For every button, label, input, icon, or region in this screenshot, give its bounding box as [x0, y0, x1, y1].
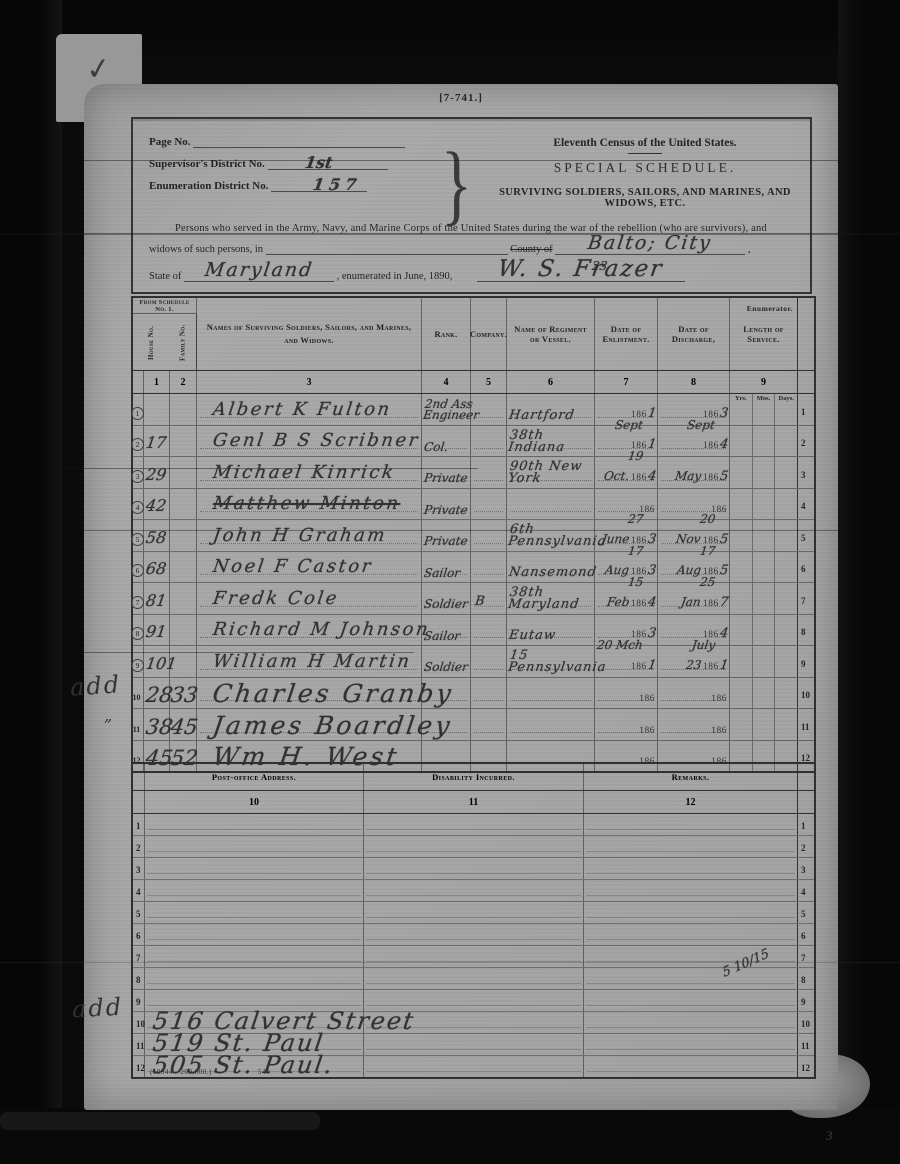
row-number-right-cell: 7: [797, 583, 814, 614]
row-number-right: 4: [801, 501, 806, 511]
rank-value: Private: [423, 536, 477, 547]
regiment-cell: 38th Maryland: [506, 583, 594, 614]
enlistment-year-digit: 1: [647, 437, 657, 452]
row-number-cell: 2: [133, 426, 143, 457]
table2-body: 1 1 2 2 3: [133, 814, 814, 1077]
service-days: [774, 615, 797, 646]
discharge-month: Jan: [680, 595, 702, 609]
county-of-label: County of: [510, 244, 552, 255]
service-years: [730, 426, 752, 457]
row-number-cell: 6: [133, 552, 143, 583]
family-no-cell: 52: [169, 741, 196, 772]
row-number-right-cell: 11: [797, 709, 814, 740]
enlistment-cell: 186: [594, 489, 657, 520]
service-months: [752, 457, 775, 488]
table-row: 11 38 45 James Boardley 186 186: [133, 708, 814, 740]
service-months: [752, 583, 775, 614]
row-number: 7: [131, 596, 144, 609]
regiment-cell: [506, 489, 594, 520]
table-row: 12 505 St. Paul. 12: [133, 1055, 814, 1077]
row-number-right-cell: 7: [797, 946, 814, 967]
state-value: Maryland: [203, 259, 314, 281]
family-no-cell: 45: [169, 709, 196, 740]
family-no-cell: [169, 489, 196, 520]
service-cell: [729, 426, 797, 457]
row-number: 1: [131, 407, 144, 420]
margin-ditto-mark: „: [104, 706, 112, 725]
disability-cell: [363, 880, 583, 901]
soldier-name: Richard M Johnson: [212, 619, 432, 640]
family-no-cell: [169, 426, 196, 457]
table-row: 2 2: [133, 835, 814, 857]
remarks-cell: 5 10/15: [583, 946, 797, 967]
rank-value: Col.: [423, 442, 477, 453]
house-no-cell: 29: [143, 457, 169, 488]
address-cell: [144, 902, 363, 923]
from-schedule-cell: From Schedule No. 1. House No. Family No…: [133, 298, 196, 370]
discharge-year-digit: 4: [719, 626, 729, 641]
discharge-year-digit: 3: [719, 406, 729, 421]
soldier-name: Genl B S Scribner: [212, 430, 422, 451]
row-number-right-cell: 5: [797, 902, 814, 923]
remarks-cell: [583, 880, 797, 901]
census-titles: Eleventh Census of the United States. SP…: [485, 137, 805, 209]
service-months: [752, 520, 775, 551]
enlistment-cell: 186: [594, 678, 657, 709]
table-row: 6 6: [133, 923, 814, 945]
regiment-cell: 6th Pennsylvania: [506, 520, 594, 551]
house-no-cell: 91: [143, 615, 169, 646]
num-cell-5: 5: [470, 371, 506, 393]
row-number-cell: 8: [133, 615, 143, 646]
family-no-cell: [169, 394, 196, 425]
house-no-cell: [143, 394, 169, 425]
num-cell-2: 2: [169, 371, 196, 393]
discharge-month: Nov: [675, 532, 701, 546]
family-no-cell: [169, 552, 196, 583]
discharge-cell: 186: [657, 489, 729, 520]
rank-cell: Sailor: [421, 552, 470, 583]
row-number: 7: [136, 953, 141, 963]
row-number-cell: 9: [133, 646, 143, 677]
row-number-right: 2: [801, 843, 806, 853]
service-cell: [729, 583, 797, 614]
disability-cell: [363, 924, 583, 945]
house-no: 29: [145, 465, 168, 484]
row-number-right-cell: 8: [797, 615, 814, 646]
row-number-cell: 7: [133, 946, 144, 967]
row-number-right: 12: [801, 1063, 810, 1073]
row-number: 8: [131, 627, 144, 640]
service-years: [730, 520, 752, 551]
address-cell: [144, 968, 363, 989]
special-schedule-title: SPECIAL SCHEDULE.: [485, 160, 805, 176]
num-cell: [133, 791, 144, 813]
soldier-name: Wm H. West: [211, 742, 401, 771]
discharge-year-digit: 5: [719, 469, 729, 484]
supervisor-district-label: Supervisor's District No.: [149, 158, 265, 170]
row-number: 10: [131, 692, 142, 703]
table-row: 10 28 33 Charles Granby 186 186: [133, 677, 814, 709]
num-cell-6: 6: [506, 371, 594, 393]
company-cell: B: [470, 583, 506, 614]
printed-year-prefix: 186: [631, 599, 647, 609]
num-cell: [133, 371, 143, 393]
service-days: [774, 646, 797, 677]
regiment-value: 90th New York: [507, 461, 606, 484]
enlistment-year-digit: 1: [647, 406, 657, 421]
num-cell-7: 7: [594, 371, 657, 393]
service-cell: Yrs.Mos.Days.: [729, 394, 797, 425]
discharge-day: July: [691, 638, 716, 652]
family-no-cell: [169, 583, 196, 614]
row-number: 3: [131, 470, 144, 483]
house-no-cell: 81: [143, 583, 169, 614]
row-number-right-cell: 6: [797, 552, 814, 583]
soldier-name: Albert K Fulton: [212, 399, 394, 420]
house-no: 101: [145, 654, 178, 673]
county-value: Balto; City: [587, 232, 714, 254]
service-years: Yrs.: [730, 394, 752, 425]
service-days: [774, 426, 797, 457]
disability-cell: [363, 814, 583, 835]
row-number-right-cell: 4: [797, 880, 814, 901]
row-number-right: 11: [801, 1041, 810, 1051]
form-header-box: Page No. Supervisor's District No. 1st E…: [131, 117, 812, 294]
table-row: 3 29 Michael Kinrick Private 90th New Yo…: [133, 456, 814, 488]
house-no: 91: [145, 622, 168, 641]
service-days: [774, 552, 797, 583]
rank-cell: Soldier: [421, 583, 470, 614]
discharge-day: 17: [699, 544, 716, 558]
remarks-cell: [583, 1034, 797, 1055]
row-number: 6: [131, 564, 144, 577]
row-number: 8: [136, 975, 141, 985]
scanned-census-schedule: { "film": { "checkmark": "✓", "corner_ma…: [0, 0, 900, 1164]
row-number-right: 3: [801, 865, 806, 875]
service-cell: [729, 646, 797, 677]
discharge-cell: 20 Nov1865: [657, 520, 729, 551]
row-number-header: [797, 298, 814, 370]
service-years: [730, 583, 752, 614]
row-number-header-cell-right: [797, 764, 814, 790]
name-cell: Richard M Johnson: [196, 615, 421, 646]
row-number-cell: 12: [133, 1056, 144, 1077]
printed-year-prefix: 186: [631, 662, 647, 672]
rank-value: Private: [423, 505, 477, 516]
widows-label: widows of such persons, in: [149, 244, 263, 255]
regiment-cell: 15 Pennsylvania: [506, 646, 594, 677]
soldier-name: Charles Granby: [211, 679, 456, 708]
family-no-header: Family No.: [169, 314, 197, 371]
table1-header: From Schedule No. 1. House No. Family No…: [133, 298, 814, 370]
regiment-value: Eutaw: [508, 630, 606, 642]
service-days: [774, 678, 797, 709]
soldier-name: James Boardley: [211, 711, 454, 740]
row-number-cell: 7: [133, 583, 143, 614]
remarks-cell: [583, 1012, 797, 1033]
printed-year-prefix: 186: [639, 726, 655, 736]
table2-number-row: 10 11 12: [133, 790, 814, 814]
regiment-header: Name of Regiment or Vessel.: [506, 298, 594, 370]
house-no-cell: 68: [143, 552, 169, 583]
enlistment-month: Feb: [606, 595, 630, 609]
discharge-year-digit: 1: [719, 658, 729, 673]
service-cell: [729, 457, 797, 488]
service-years: [730, 646, 752, 677]
soldier-name: Matthew Minton: [212, 493, 402, 514]
row-number-right-cell: 4: [797, 489, 814, 520]
row-number: 5: [131, 533, 144, 546]
row-number-right-cell: 5: [797, 520, 814, 551]
discharge-cell: 186: [657, 709, 729, 740]
address-cell: [144, 880, 363, 901]
discharge-cell: 25 Jan1867: [657, 583, 729, 614]
enumeration-district-label: Enumeration District No.: [149, 180, 268, 192]
table-row: 9 101 William H Martin Soldier 15 Pennsy…: [133, 645, 814, 677]
handwritten-checkmark: ✓: [84, 50, 114, 88]
rank-cell: Private: [421, 489, 470, 520]
printed-year-prefix: 186: [703, 599, 719, 609]
rank-cell: 2nd Ass Engineer: [421, 394, 470, 425]
row-number-header-cell: [133, 764, 144, 790]
disability-cell: [363, 902, 583, 923]
row-number-right-cell: 1: [797, 814, 814, 835]
service-months: [752, 678, 775, 709]
printed-year-prefix: 186: [711, 694, 727, 704]
regiment-value: 15 Pennsylvania: [507, 650, 606, 673]
enlistment-month: Aug: [604, 563, 630, 577]
house-no-cell: 17: [143, 426, 169, 457]
discharge-header: Date of Discharge,: [657, 298, 729, 370]
enlistment-year-digit: 3: [647, 626, 657, 641]
rank-value: Sailor: [423, 568, 477, 579]
regiment-value: 6th Pennsylvania: [507, 524, 606, 547]
enlistment-cell: 186: [594, 709, 657, 740]
rank-value: Soldier: [423, 599, 477, 610]
table1-body: 1 Albert K Fulton 2nd Ass Engineer Hartf…: [133, 394, 814, 771]
regiment-cell: 38th Indiana: [506, 426, 594, 457]
discharge-month: 23: [685, 658, 702, 672]
row-number: 1: [136, 821, 141, 831]
row-number-right-cell: 2: [797, 836, 814, 857]
row-number-right-cell: 10: [797, 1012, 814, 1033]
enlistment-day: 17: [627, 544, 644, 558]
discharge-month: Aug: [676, 563, 702, 577]
printed-year-prefix: 186: [703, 473, 719, 483]
family-no: 33: [169, 683, 199, 707]
row-number-cell: 2: [133, 836, 144, 857]
family-no-cell: [169, 615, 196, 646]
row-number-right-cell: 12: [797, 1056, 814, 1077]
service-days: [774, 583, 797, 614]
family-no-cell: [169, 520, 196, 551]
schedule-subtitle: SURVIVING SOLDIERS, SAILORS, AND MARINES…: [485, 187, 805, 209]
rank-value: Soldier: [423, 662, 477, 673]
row-number-cell: 6: [133, 924, 144, 945]
service-cell: [729, 615, 797, 646]
comma: ,: [748, 244, 751, 255]
service-years: [730, 489, 752, 520]
rank-cell: Soldier: [421, 646, 470, 677]
num-cell-1: 1: [143, 371, 169, 393]
enlistment-year-digit: 1: [647, 658, 657, 673]
remarks-cell: [583, 1056, 797, 1077]
house-no: 58: [145, 528, 168, 547]
film-border-top: [0, 0, 900, 60]
row-number: 2: [136, 843, 141, 853]
row-number: 5: [136, 909, 141, 919]
remarks-cell: [583, 924, 797, 945]
enumeration-district-line: Enumeration District No. 157: [149, 179, 469, 201]
discharge-cell: 17 Aug1865: [657, 552, 729, 583]
title-divider: [628, 153, 662, 154]
family-no: 52: [169, 746, 199, 770]
row-number-right-cell: 1: [797, 394, 814, 425]
rank-cell: Col.: [421, 426, 470, 457]
place-blank: [266, 241, 508, 255]
row-number-cell: 11: [133, 1034, 144, 1055]
address-cell: [144, 924, 363, 945]
row-number-right: 1: [801, 821, 806, 831]
row-number-right: 5: [801, 533, 806, 543]
remarks-cell: [583, 902, 797, 923]
service-years: [730, 457, 752, 488]
name-cell: Wm H. West: [196, 741, 421, 772]
enumerator-signature: W. S. Frazer: [497, 256, 666, 282]
name-cell: Fredk Cole: [196, 583, 421, 614]
row-number-right: 11: [801, 722, 810, 732]
row-number-cell: 3: [133, 858, 144, 879]
enlistment-day: 20 Mch: [596, 638, 644, 652]
form-code: [7-741.]: [84, 92, 838, 104]
service-months: Mos.: [752, 394, 775, 425]
address-table: Post-office Address. Disability Incurred…: [131, 762, 816, 1079]
row-number-right-cell: 2: [797, 426, 814, 457]
row-number-right: 6: [801, 931, 806, 941]
row-number: 11: [131, 724, 142, 735]
row-number: 2: [131, 438, 144, 451]
row-number-right: 10: [801, 1019, 810, 1029]
brace-glyph: }: [441, 131, 472, 236]
discharge-year-digit: 5: [719, 532, 729, 547]
regiment-cell: 90th New York: [506, 457, 594, 488]
enlistment-month: Oct.: [603, 469, 630, 483]
soldier-name: Michael Kinrick: [212, 462, 397, 483]
service-years: [730, 709, 752, 740]
service-years: [730, 552, 752, 583]
row-number-cell: 10: [133, 678, 143, 709]
row-number-cell: 1: [133, 394, 143, 425]
state-label: State of: [149, 271, 181, 282]
row-number-right-cell: 9: [797, 990, 814, 1011]
enlistment-year-digit: 3: [647, 563, 657, 578]
row-number-cell: 1: [133, 814, 144, 835]
discharge-cell: 186: [657, 678, 729, 709]
service-days: [774, 457, 797, 488]
soldier-name: John H Graham: [212, 525, 389, 546]
rank-header: Rank.: [421, 298, 470, 370]
service-cell: [729, 520, 797, 551]
row-number: 6: [136, 931, 141, 941]
printed-year-prefix: 186: [639, 694, 655, 704]
row-number-right: 8: [801, 627, 806, 637]
row-number-cell: 3: [133, 457, 143, 488]
row-number-right: 8: [801, 975, 806, 985]
service-months: [752, 615, 775, 646]
enlistment-day: 19: [627, 449, 644, 463]
family-no-cell: 33: [169, 678, 196, 709]
census-page: [7-741.] Page No. Supervisor's District …: [84, 84, 838, 1110]
discharge-cell: Sept 1864: [657, 426, 729, 457]
address-value: 505 St. Paul.: [151, 1051, 336, 1079]
printed-year-prefix: 186: [703, 662, 719, 672]
margin-add-annotation: add: [69, 670, 122, 701]
enlistment-year-digit: 4: [647, 595, 657, 610]
rank-value: Sailor: [423, 631, 477, 642]
house-no: 42: [145, 496, 168, 515]
table-row: 3 3: [133, 857, 814, 879]
rank-cell: Private: [421, 520, 470, 551]
margin-add-annotation-bottom: add: [71, 993, 123, 1024]
printed-year-prefix: 186: [639, 757, 655, 767]
enumeration-district-value: 157: [312, 175, 363, 194]
rank-value: Private: [423, 473, 477, 484]
service-header: Length of Service.: [729, 298, 797, 370]
house-no-cell: 101: [143, 646, 169, 677]
service-months: [752, 426, 775, 457]
name-cell: William H Martin: [196, 646, 421, 677]
service-cell: [729, 678, 797, 709]
service-years: [730, 615, 752, 646]
regiment-cell: Nansemond: [506, 552, 594, 583]
name-cell: Genl B S Scribner: [196, 426, 421, 457]
row-number-right: 7: [801, 953, 806, 963]
name-cell: Matthew Minton: [196, 489, 421, 520]
service-months: [752, 552, 775, 583]
regiment-value: 38th Maryland: [507, 587, 606, 610]
supervisor-district-value: 1st: [304, 153, 334, 172]
table1-number-row: 1 2 3 4 5 6 7 8 9: [133, 370, 814, 394]
regiment-value: 38th Indiana: [507, 430, 606, 453]
num-cell-4: 4: [421, 371, 470, 393]
service-days: Days.: [774, 394, 797, 425]
film-border-left: [0, 0, 62, 1164]
house-no-cell: 58: [143, 520, 169, 551]
row-number: 3: [136, 865, 141, 875]
row-number-cell: 9: [133, 990, 144, 1011]
address-cell: [144, 836, 363, 857]
address-cell: [144, 814, 363, 835]
row-number-right: 6: [801, 564, 806, 574]
film-corner-mark: 3: [826, 1128, 833, 1144]
row-number-right: 9: [801, 659, 806, 669]
service-cell: [729, 489, 797, 520]
service-months: [752, 709, 775, 740]
house-no-cell: 42: [143, 489, 169, 520]
row-number-cell: 5: [133, 902, 144, 923]
remarks-cell: [583, 858, 797, 879]
row-number-right: 4: [801, 887, 806, 897]
row-number-right: 2: [801, 438, 806, 448]
remarks-cell: [583, 836, 797, 857]
discharge-year-digit: 4: [719, 437, 729, 452]
service-years: [730, 678, 752, 709]
regiment-value: Nansemond: [508, 567, 606, 579]
row-number: 12: [131, 755, 142, 766]
num-cell-end: [797, 791, 814, 813]
num-cell-3: 3: [196, 371, 421, 393]
